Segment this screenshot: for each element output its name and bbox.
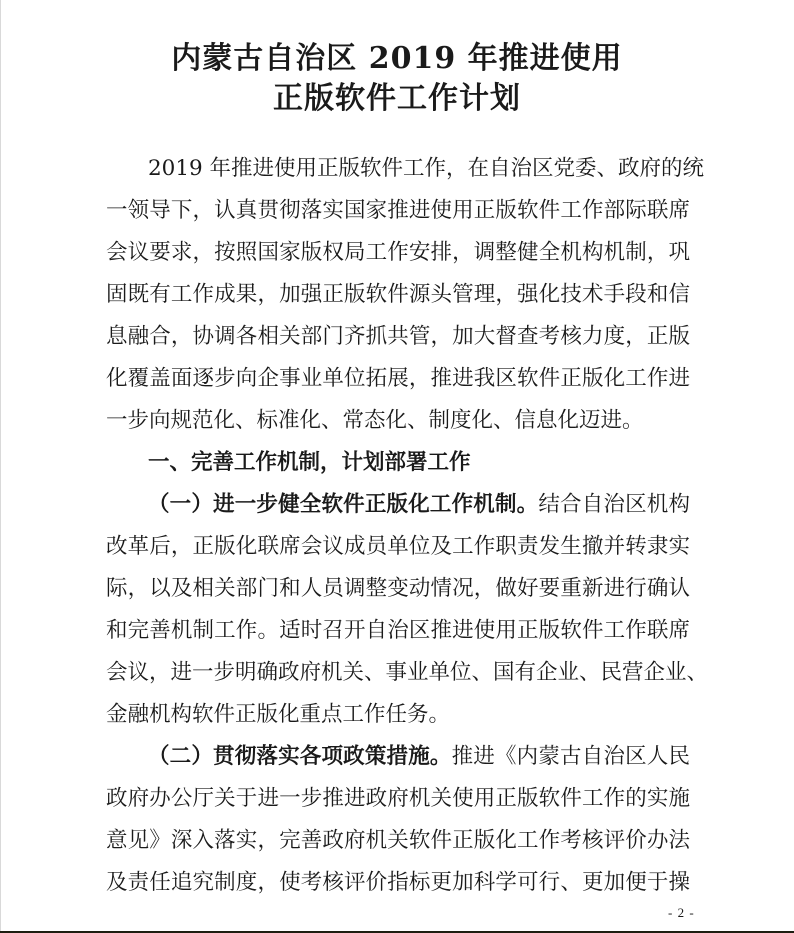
document-title-line1: 内蒙古自治区 2019 年推进使用	[0, 33, 794, 77]
page-number: - 2 -	[668, 905, 695, 921]
document-page: 内蒙古自治区 2019 年推进使用 正版软件工作计划 2019 年推进使用正版软…	[0, 0, 794, 931]
body-line: 和完善机制工作。适时召开自治区推进使用正版软件工作联席	[106, 616, 690, 646]
subsection2-text: 推进《内蒙古自治区人民	[452, 744, 690, 769]
subsection2-first-line: （二）贯彻落实各项政策措施。推进《内蒙古自治区人民	[148, 742, 690, 772]
intro-line: 一领导下，认真贯彻落实国家推进使用正版软件工作部际联席	[106, 196, 690, 226]
intro-line: 2019 年推进使用正版软件工作，在自治区党委、政府的统	[148, 154, 690, 184]
intro-line: 固既有工作成果，加强正版软件源头管理，强化技术手段和信	[106, 280, 690, 310]
document-title-line2: 正版软件工作计划	[0, 73, 794, 117]
subsection1-text: 结合自治区机构	[538, 492, 690, 517]
body-line: 改革后，正版化联席会议成员单位及工作职责发生撤并转隶实	[106, 532, 690, 562]
body-line: 意见》深入落实，完善政府机关软件正版化工作考核评价办法	[106, 826, 690, 856]
body-line: 金融机构软件正版化重点工作任务。	[106, 700, 690, 730]
section-heading: 一、完善工作机制，计划部署工作	[148, 448, 471, 478]
subsection1-first-line: （一）进一步健全软件正版化工作机制。结合自治区机构	[148, 490, 690, 520]
subsection2-heading: （二）贯彻落实各项政策措施。	[148, 744, 452, 769]
intro-line: 会议要求，按照国家版权局工作安排，调整健全机构机制，巩	[106, 238, 690, 268]
subsection1-heading: （一）进一步健全软件正版化工作机制。	[148, 492, 538, 517]
body-line: 际，以及相关部门和人员调整变动情况，做好要重新进行确认	[106, 574, 690, 604]
body-line: 及责任追究制度，使考核评价指标更加科学可行、更加便于操	[106, 868, 690, 898]
intro-line: 化覆盖面逐步向企事业单位拓展，推进我区软件正版化工作进	[106, 364, 690, 394]
body-line: 政府办公厅关于进一步推进政府机关使用正版软件工作的实施	[106, 784, 690, 814]
body-line: 会议，进一步明确政府机关、事业单位、国有企业、民营企业、	[106, 658, 690, 688]
intro-line: 息融合，协调各相关部门齐抓共管，加大督查考核力度，正版	[106, 322, 690, 352]
intro-line: 一步向规范化、标准化、常态化、制度化、信息化迈进。	[106, 406, 690, 436]
